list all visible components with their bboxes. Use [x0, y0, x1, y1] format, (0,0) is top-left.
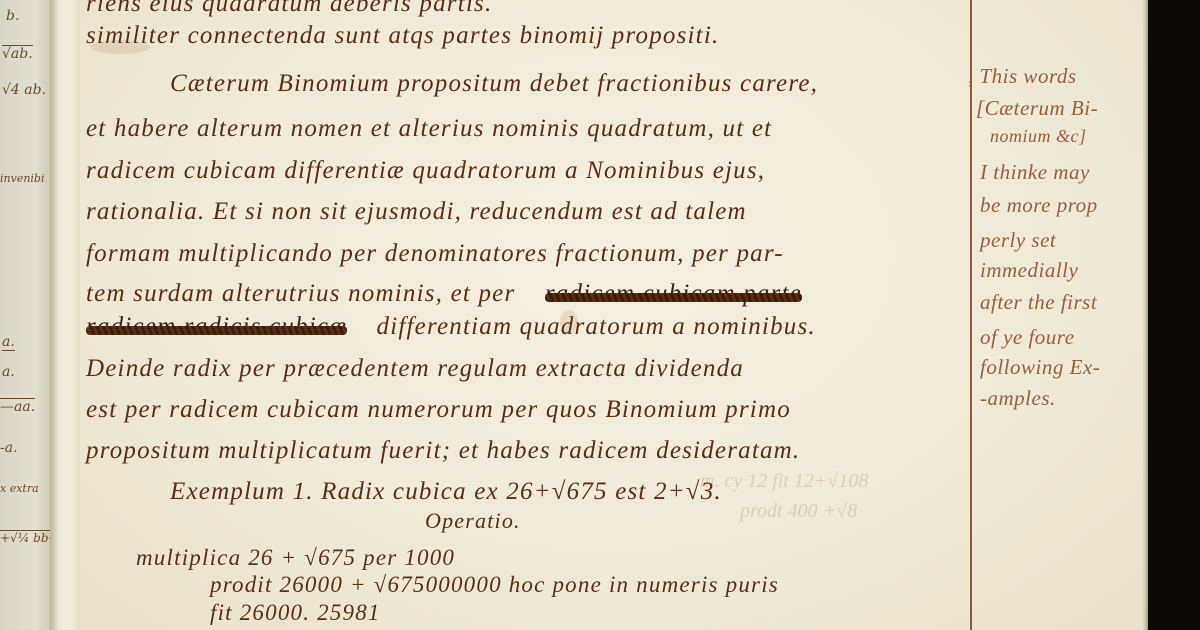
facing-note: invenibi	[0, 172, 45, 185]
text-line: tem surdam alterutrius nominis, et per r…	[86, 280, 802, 308]
facing-note: x extra	[0, 482, 39, 495]
text-line: similiter connectenda sunt atqs partes b…	[86, 22, 719, 50]
margin-note-line: -amples.	[980, 386, 1056, 411]
text-line-part: differentiam quadratorum a nominibus.	[377, 313, 816, 340]
text-line-part: tem surdam alterutrius nominis, et per	[86, 280, 515, 307]
margin-note-line: after the first	[980, 290, 1097, 315]
operation-line: fit 26000. 25981	[210, 600, 381, 626]
facing-note: -a.	[0, 440, 18, 456]
bleed-through-text: prodt 400 +√8	[740, 500, 857, 523]
margin-note-line: I thinke may	[980, 160, 1090, 185]
text-line: Cæterum Binomium propositum debet fracti…	[170, 70, 818, 98]
facing-note: √ab.	[2, 45, 33, 62]
margin-note-line: be more prop	[980, 193, 1098, 218]
example-heading: Exemplum 1. Radix cubica ex 26+√675 est …	[170, 478, 722, 506]
margin-note-line: , This words	[968, 64, 1077, 89]
text-line: riens eius quadratum deberis partis.	[86, 0, 492, 18]
text-line: propositum multiplicatum fuerit; et habe…	[86, 437, 800, 465]
facing-page-edge: b. √ab. √4 ab. invenibi a. a. —aa. -a. x…	[0, 0, 50, 630]
text-line: radicem radicis cubicæ differentiam quad…	[86, 313, 816, 341]
margin-note-line: of ye foure	[980, 325, 1075, 350]
margin-note-line: perly set	[980, 228, 1056, 253]
text-line: est per radicem cubicam numerorum per qu…	[86, 396, 791, 424]
book-gutter	[50, 0, 80, 630]
text-line: et habere alterum nomen et alterius nomi…	[86, 115, 772, 143]
margin-note-line: immedially	[980, 258, 1078, 283]
margin-rule-line	[970, 0, 972, 630]
facing-note: —aa.	[0, 398, 35, 415]
margin-note-line: [Cæterum Bi-	[976, 96, 1098, 121]
operatio-label: Operatio.	[425, 508, 521, 534]
facing-note: a.	[2, 334, 15, 351]
facing-note: +√¼ bb-a	[0, 530, 50, 545]
text-line: Deinde radix per præcedentem regulam ext…	[86, 355, 744, 383]
bleed-through-text: m. cy 12 fit 12+√108	[700, 470, 868, 493]
text-line: radicem cubicam differentiæ quadratorum …	[86, 157, 765, 185]
operation-line: multiplica 26 + √675 per 1000	[136, 545, 455, 571]
facing-note: a.	[2, 364, 15, 380]
manuscript-page: m. cy 12 fit 12+√108 prodt 400 +√8 riens…	[80, 0, 1148, 630]
margin-note-line: following Ex-	[980, 355, 1100, 380]
struck-out-text: radicem cubicam parte	[545, 280, 802, 308]
facing-note: b.	[6, 8, 19, 24]
text-line: rationalia. Et si non sit ejusmodi, redu…	[86, 198, 747, 226]
text-line: formam multiplicando per denominatores f…	[86, 240, 784, 268]
facing-note: √4 ab.	[2, 82, 46, 98]
operation-line: prodit 26000 + √675000000 hoc pone in nu…	[210, 572, 779, 598]
struck-out-text: radicem radicis cubicæ	[86, 313, 347, 341]
margin-note-line: nomium &c]	[990, 126, 1087, 147]
